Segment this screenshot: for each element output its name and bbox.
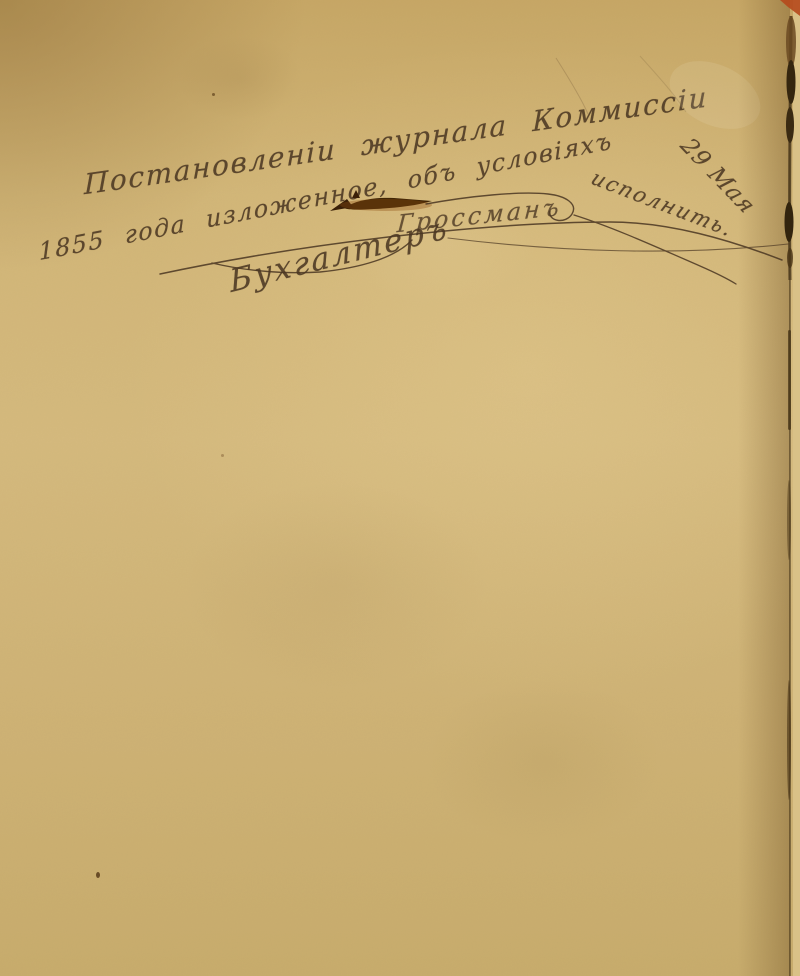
manuscript-page: Постановленіи журнала Коммиссіи 29 Мая 1… — [0, 0, 800, 976]
adjacent-page-sliver — [793, 0, 800, 976]
page-edge-shadow — [738, 0, 790, 976]
paper-grain — [0, 0, 800, 976]
page-overlay — [0, 0, 800, 976]
